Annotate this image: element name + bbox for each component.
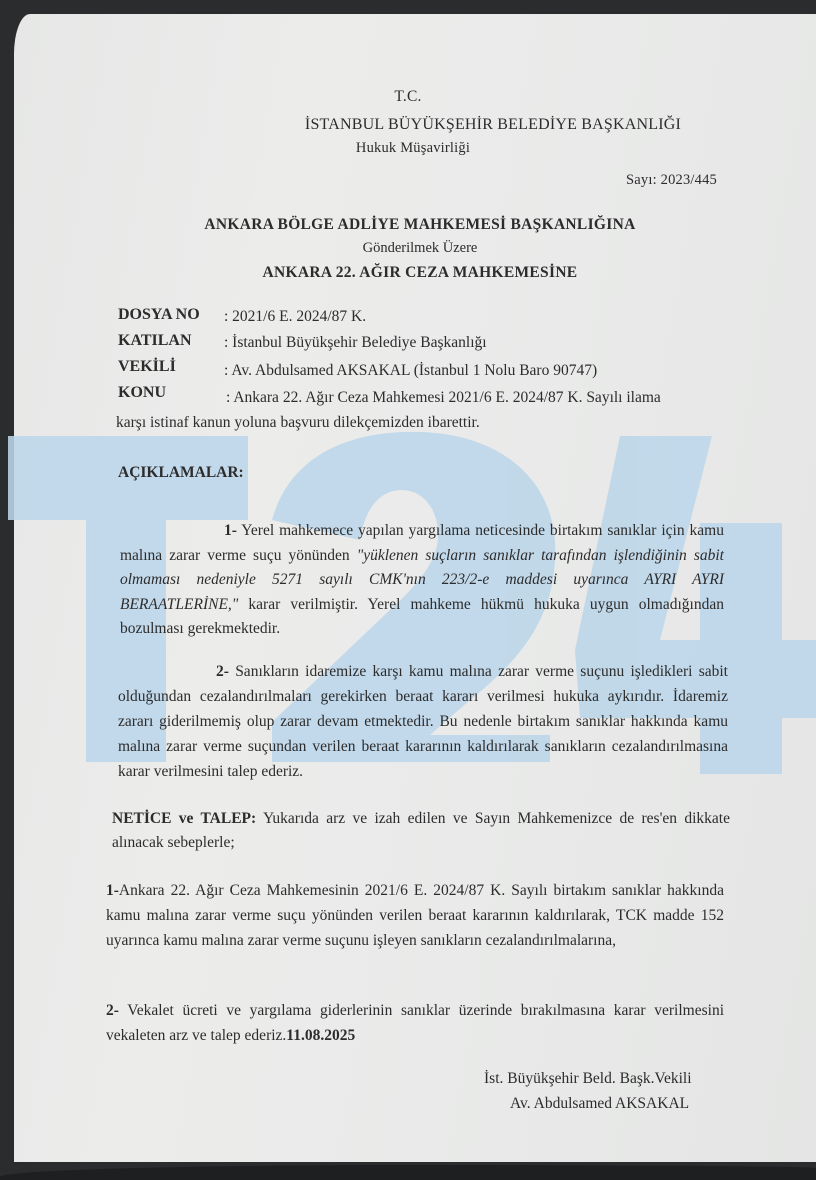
document-number: Sayı: 2023/445 — [626, 172, 717, 189]
signature-title: İst. Büyükşehir Beld. Başk.Vekili — [484, 1070, 692, 1088]
request-item-1: 1-Ankara 22. Ağır Ceza Mahkemesinin 2021… — [106, 878, 724, 953]
field-value-vekili: : Av. Abdulsamed AKSAKAL (İstanbul 1 Nol… — [224, 362, 597, 380]
field-value-konu: : Ankara 22. Ağır Ceza Mahkemesi 2021/6 … — [226, 389, 661, 407]
netice-heading: NETİCE ve TALEP: — [112, 810, 256, 827]
request-1-number: 1- — [106, 882, 119, 899]
section-heading-aciklamalar: AÇIKLAMALAR: — [118, 464, 244, 482]
petition-date: 11.08.2025 — [286, 1027, 355, 1044]
signature-name: Av. Abdulsamed AKSAKAL — [510, 1095, 689, 1113]
request-2-number: 2- — [106, 1002, 119, 1019]
item-1-number: 1- — [224, 522, 237, 539]
request-item-2: 2- Vekalet ücreti ve yargılama giderleri… — [106, 998, 724, 1048]
background-surface — [0, 1165, 816, 1180]
header-tc: T.C. — [0, 88, 816, 106]
explanation-item-1: 1- Yerel mahkemece yapılan yargılama net… — [120, 519, 724, 642]
field-value-katilan: : İstanbul Büyükşehir Belediye Başkanlığ… — [224, 334, 487, 352]
netice-paragraph: NETİCE ve TALEP: Yukarıda arz ve izah ed… — [112, 807, 730, 855]
explanation-item-2: 2- Sanıkların idaremize karşı kamu malın… — [118, 659, 728, 784]
field-label-konu: KONU — [118, 384, 166, 402]
field-label-dosya-no: DOSYA NO — [118, 306, 200, 324]
item-2-text: Sanıkların idaremize karşı kamu malına z… — [118, 663, 728, 780]
request-1-text: Ankara 22. Ağır Ceza Mahkemesinin 2021/6… — [106, 882, 724, 949]
field-value-dosya-no: : 2021/6 E. 2024/87 K. — [224, 308, 366, 326]
field-label-katilan: KATILAN — [118, 332, 192, 350]
header-institution: İSTANBUL BÜYÜKŞEHİR BELEDİYE BAŞKANLIĞI — [250, 116, 736, 134]
addressee-via: Gönderilmek Üzere — [180, 240, 660, 257]
addressee-target-court: ANKARA 22. AĞIR CEZA MAHKEMESİNE — [180, 264, 660, 282]
field-label-vekili: VEKİLİ — [118, 358, 176, 376]
addressee-court: ANKARA BÖLGE ADLİYE MAHKEMESİ BAŞKANLIĞI… — [180, 216, 660, 234]
request-2-text: Vekalet ücreti ve yargılama giderlerinin… — [106, 1002, 724, 1044]
item-2-number: 2- — [216, 663, 229, 680]
konu-continued: karşı istinaf kanun yoluna başvuru dilek… — [116, 414, 480, 432]
header-department: Hukuk Müşavirliği — [250, 140, 576, 157]
